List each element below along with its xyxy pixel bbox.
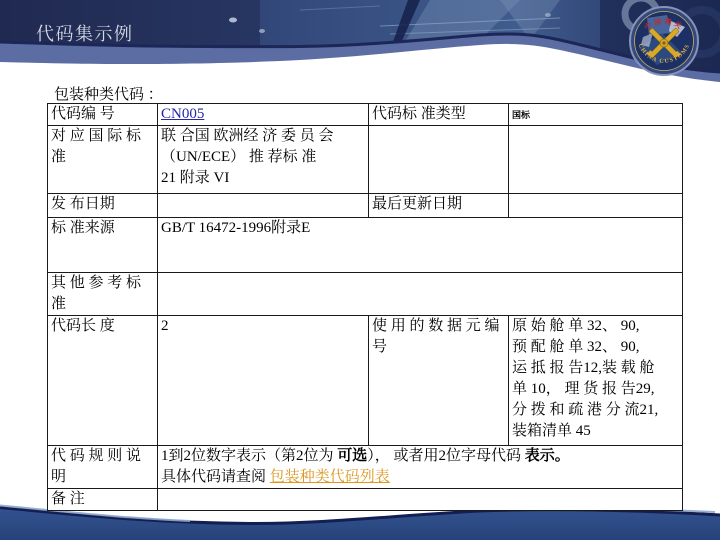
intl-standard-label: 对 应 国 际 标 准	[48, 126, 158, 194]
table-row: 代 码 规 则 说 明 1到2位数字表示（第2位为 可选）， 或者用2位字母代码…	[48, 446, 683, 489]
remark-label: 备 注	[48, 489, 158, 511]
rule-text-bold: 表示。	[525, 448, 570, 464]
code-number-link[interactable]: CN005	[161, 106, 204, 122]
source-value: GB/T 16472-1996附录E	[158, 218, 683, 273]
code-number-label: 代码编 号	[48, 104, 158, 126]
code-set-table: 代码编 号 CN005 代码标 准类型 国标 对 应 国 际 标 准 联 合国 …	[47, 103, 683, 511]
code-standard-type-label: 代码标 准类型	[369, 104, 509, 126]
empty-cell	[369, 126, 509, 194]
rule-text: 具体代码请查阅	[161, 469, 270, 485]
empty-cell	[509, 126, 683, 194]
code-number-cell: CN005	[158, 104, 369, 126]
other-ref-value	[158, 273, 683, 316]
code-standard-type-cell: 国标	[509, 104, 683, 126]
code-length-value: 2	[158, 316, 369, 446]
intl-standard-value: 联 合国 欧洲经 济 委 员 会 （UN/ECE） 推 荐标 准 21 附录 V…	[158, 126, 369, 194]
code-length-label: 代码长 度	[48, 316, 158, 446]
publish-date-label: 发 布日期	[48, 194, 158, 218]
section-heading: 包装种类代码 ：	[54, 83, 163, 104]
rule-line-2: 具体代码请查阅 包装种类代码列表	[161, 467, 679, 488]
rule-line-1: 1到2位数字表示（第2位为 可选）， 或者用2位字母代码 表示。	[161, 446, 679, 467]
china-customs-emblem: 中国海关 CHINA CUSTOMS	[626, 2, 702, 80]
code-standard-type-value: 国标	[512, 107, 530, 121]
data-elements-label: 使 用 的 数 据 元 编 号	[369, 316, 509, 446]
other-ref-label: 其 他 参 考 标 准	[48, 273, 158, 316]
table-row: 备 注	[48, 489, 683, 511]
last-update-value	[509, 194, 683, 218]
source-label: 标 准来源	[48, 218, 158, 273]
rule-text: ）， 或者用2位字母代码	[367, 448, 525, 464]
packaging-code-list-link[interactable]: 包装种类代码列表	[270, 469, 390, 485]
table-row: 对 应 国 际 标 准 联 合国 欧洲经 济 委 员 会 （UN/ECE） 推 …	[48, 126, 683, 194]
remark-value	[158, 489, 683, 511]
rule-label: 代 码 规 则 说 明	[48, 446, 158, 489]
table-row: 代码长 度 2 使 用 的 数 据 元 编 号 原 始 舱 单 32、 90, …	[48, 316, 683, 446]
page-title: 代码集示例	[36, 20, 134, 46]
slide: { "slide": { "title": "代码集示例", "section_…	[0, 0, 720, 540]
table-row: 标 准来源 GB/T 16472-1996附录E	[48, 218, 683, 273]
rule-text: 1到2位数字表示（第2位为	[161, 448, 337, 464]
rule-cell: 1到2位数字表示（第2位为 可选）， 或者用2位字母代码 表示。 具体代码请查阅…	[158, 446, 683, 489]
header-banner	[0, 0, 720, 95]
last-update-label: 最后更新日期	[369, 194, 509, 218]
table-row: 代码编 号 CN005 代码标 准类型 国标	[48, 104, 683, 126]
rule-text-bold: 可选	[337, 448, 367, 464]
table-row: 其 他 参 考 标 准	[48, 273, 683, 316]
publish-date-value	[158, 194, 369, 218]
data-elements-value: 原 始 舱 单 32、 90, 预 配 舱 单 32、 90, 运 抵 报 告1…	[509, 316, 683, 446]
table-row: 发 布日期 最后更新日期	[48, 194, 683, 218]
